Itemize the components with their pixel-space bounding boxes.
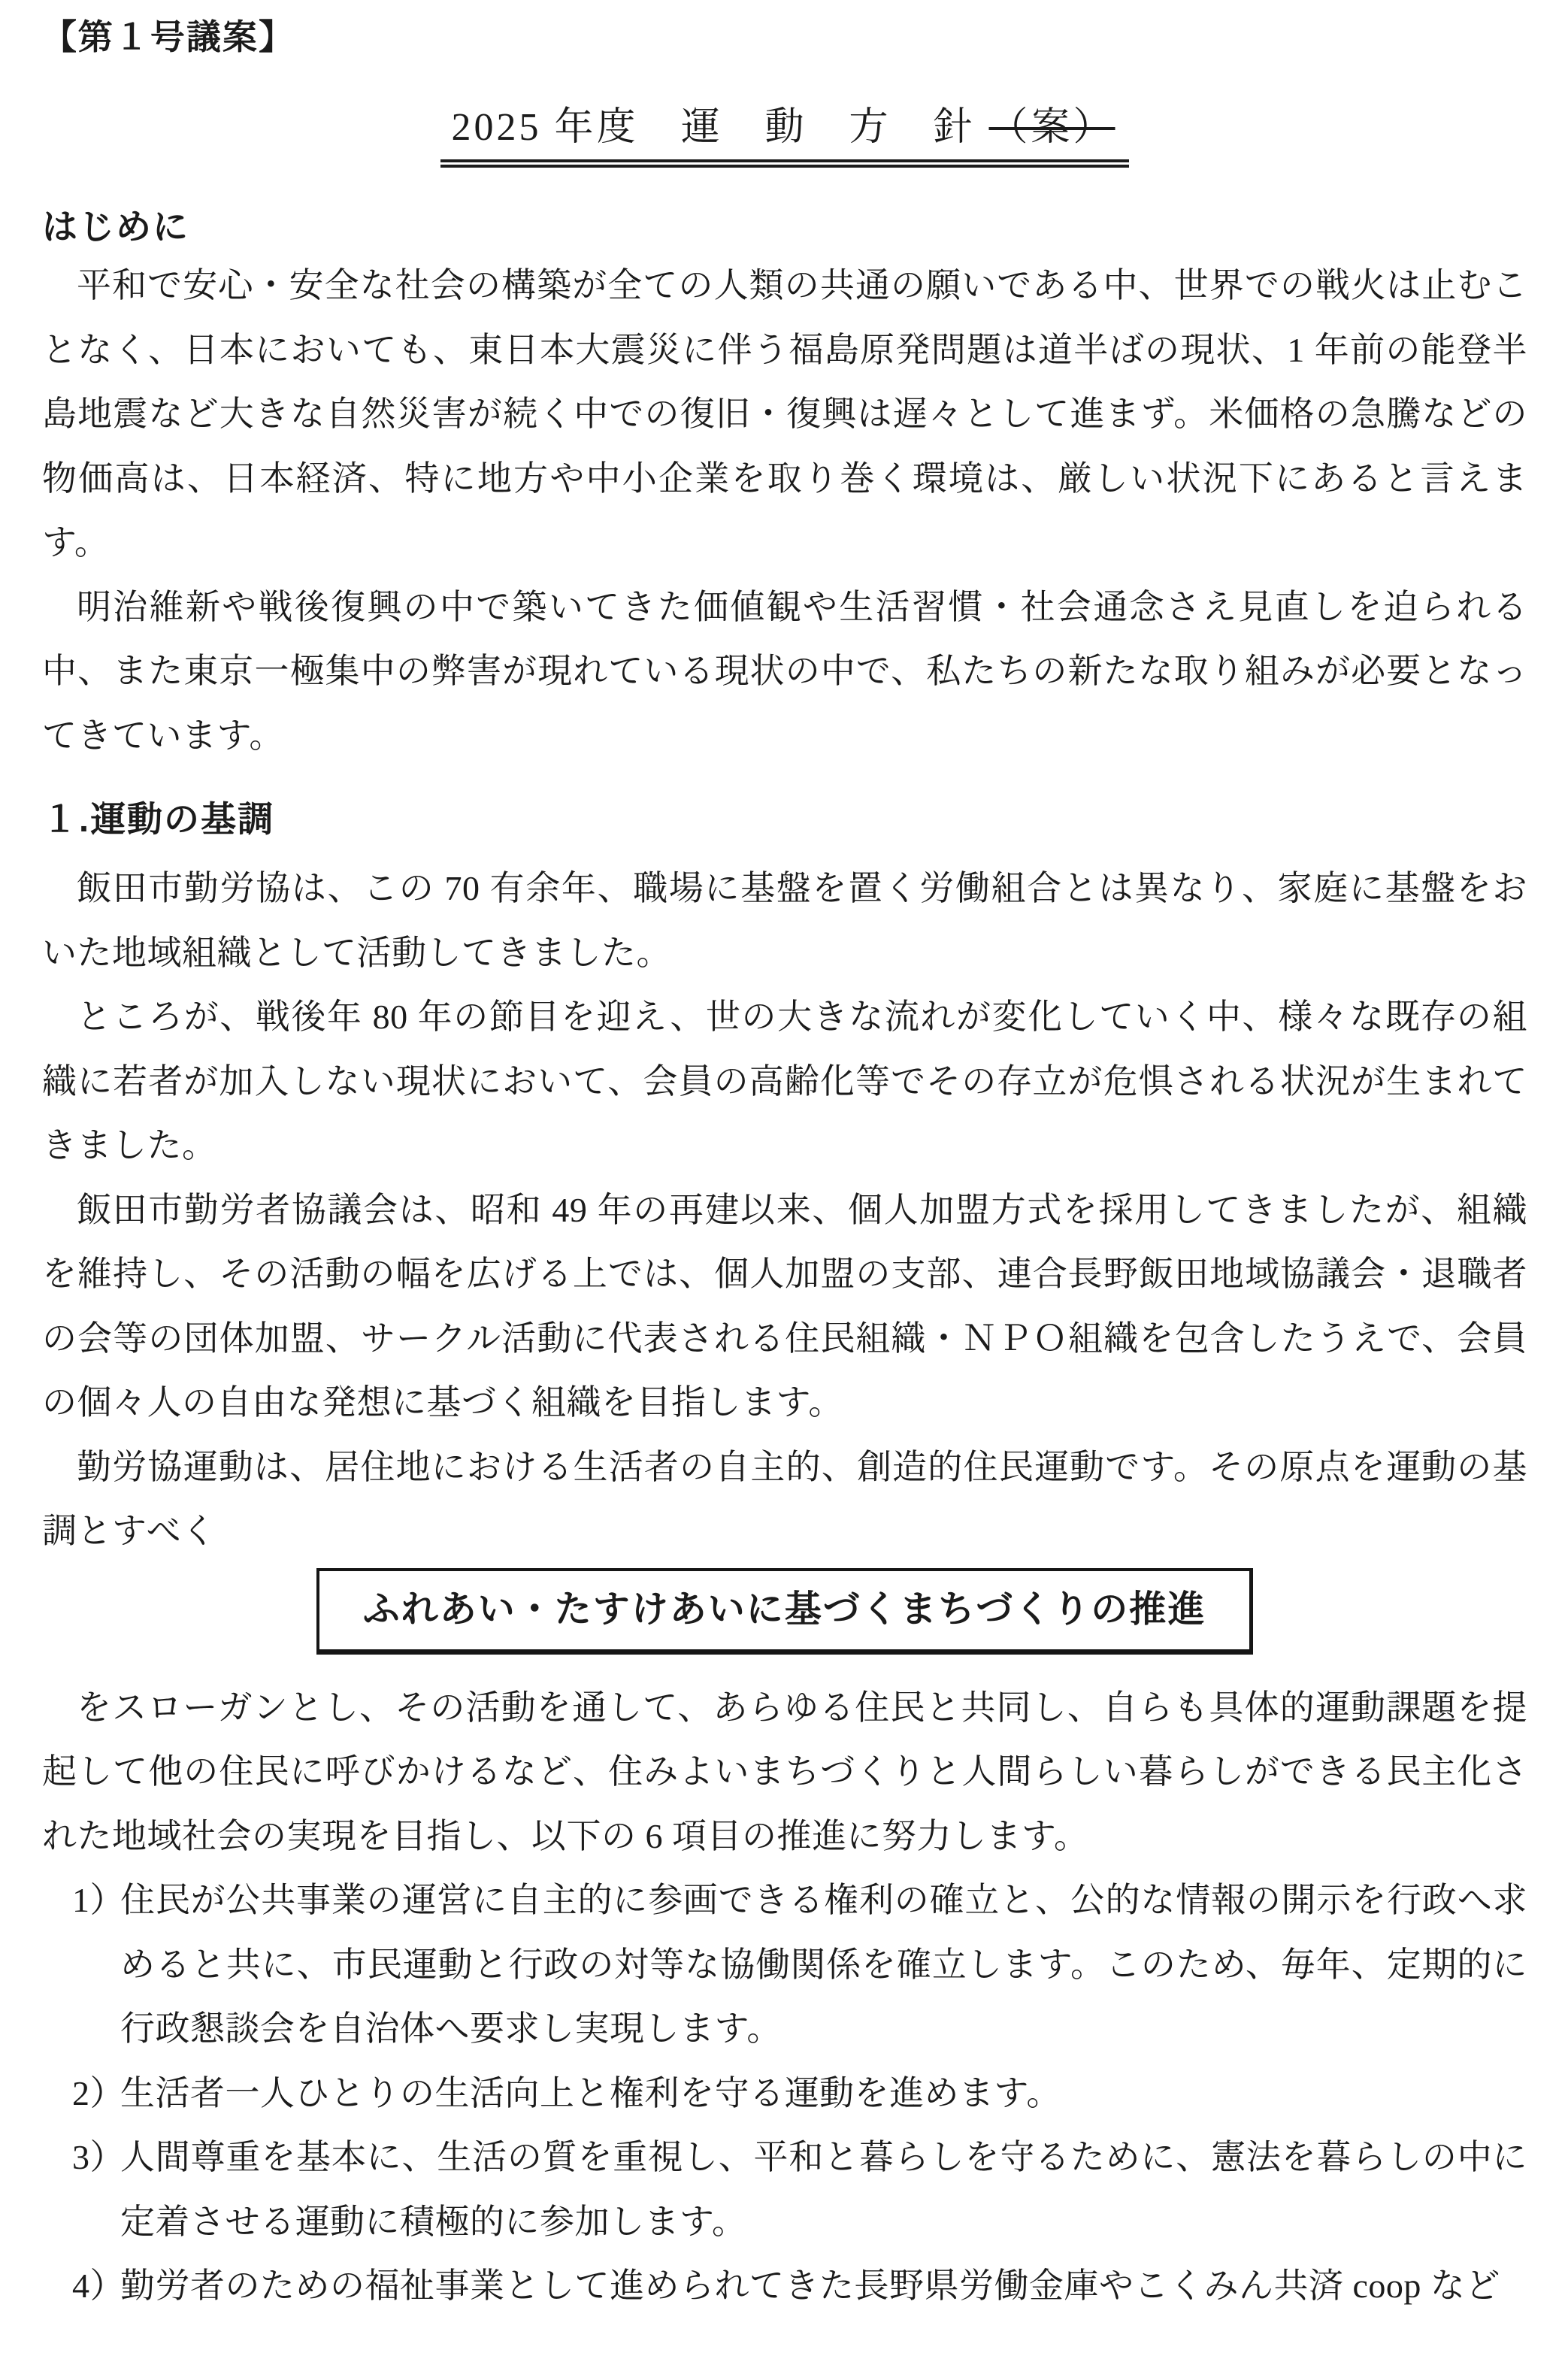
goal-text-4: 勤労者のための福祉事業として進められてきた長野県労働金庫やこくみん共済 coop…: [120, 2254, 1527, 2318]
keynote-paragraph-2: ところが、戦後年 80 年の節目を迎え、世の大きな流れが変化していく中、様々な既…: [42, 985, 1527, 1178]
slogan-block: ふれあい・たすけあいに基づくまちづくりの推進: [42, 1568, 1527, 1655]
goal-item-2: 2） 生活者一人ひとりの生活向上と権利を守る運動を進めます。: [72, 2061, 1527, 2126]
section-heading-introduction: はじめに: [42, 201, 1527, 253]
document-title-block: 2025 年度 運 動 方 針（案）: [42, 105, 1527, 168]
after-slogan-paragraph: をスローガンとし、その活動を通して、あらゆる住民と共同し、自らも具体的運動課題を…: [42, 1676, 1527, 1869]
goal-item-3: 3） 人間尊重を基本に、生活の質を重視し、平和と暮らしを守るために、憲法を暮らし…: [72, 2125, 1527, 2254]
keynote-paragraph-3: 飯田市勤労者協議会は、昭和 49 年の再建以来、個人加盟方式を採用してきましたが…: [42, 1178, 1527, 1435]
intro-paragraph-2: 明治維新や戦後復興の中で築いてきた価値観や生活習慣・社会通念さえ見直しを迫られる…: [42, 575, 1527, 768]
section-heading-movement-keynote: １.運動の基調: [42, 793, 1527, 846]
intro-paragraph-1: 平和で安心・安全な社会の構築が全ての人類の共通の願いである中、世界での戦火は止む…: [42, 253, 1527, 575]
agenda-number-label: 【第１号議案】: [42, 12, 1527, 62]
goal-text-2: 生活者一人ひとりの生活向上と権利を守る運動を進めます。: [120, 2061, 1527, 2126]
goal-text-3: 人間尊重を基本に、生活の質を重視し、平和と暮らしを守るために、憲法を暮らしの中に…: [120, 2125, 1527, 2254]
keynote-paragraph-4: 勤労協運動は、居住地における生活者の自主的、創造的住民運動です。その原点を運動の…: [42, 1435, 1527, 1564]
goal-list: 1） 住民が公共事業の運営に自主的に参画できる権利の確立と、公的な情報の開示を行…: [42, 1868, 1527, 2318]
goal-marker-4: 4）: [72, 2254, 120, 2318]
document-title: 2025 年度 運 動 方 針（案）: [440, 105, 1128, 168]
slogan-box: ふれあい・たすけあいに基づくまちづくりの推進: [316, 1568, 1254, 1655]
goal-item-1: 1） 住民が公共事業の運営に自主的に参画できる権利の確立と、公的な情報の開示を行…: [72, 1868, 1527, 2061]
keynote-paragraph-1: 飯田市勤労協は、この 70 有余年、職場に基盤を置く労働組合とは異なり、家庭に基…: [42, 856, 1527, 985]
goal-text-1: 住民が公共事業の運営に自主的に参画できる権利の確立と、公的な情報の開示を行政へ求…: [120, 1868, 1527, 2061]
goal-item-4: 4） 勤労者のための福祉事業として進められてきた長野県労働金庫やこくみん共済 c…: [72, 2254, 1527, 2318]
goal-marker-2: 2）: [72, 2061, 120, 2126]
title-strikethrough-draft-label: （案）: [986, 106, 1118, 149]
goal-marker-1: 1）: [72, 1868, 120, 1933]
document-title-text: 2025 年度 運 動 方 針: [451, 106, 975, 149]
goal-marker-3: 3）: [72, 2125, 120, 2190]
document-page: 【第１号議案】 2025 年度 運 動 方 針（案） はじめに 平和で安心・安全…: [0, 0, 1568, 2374]
